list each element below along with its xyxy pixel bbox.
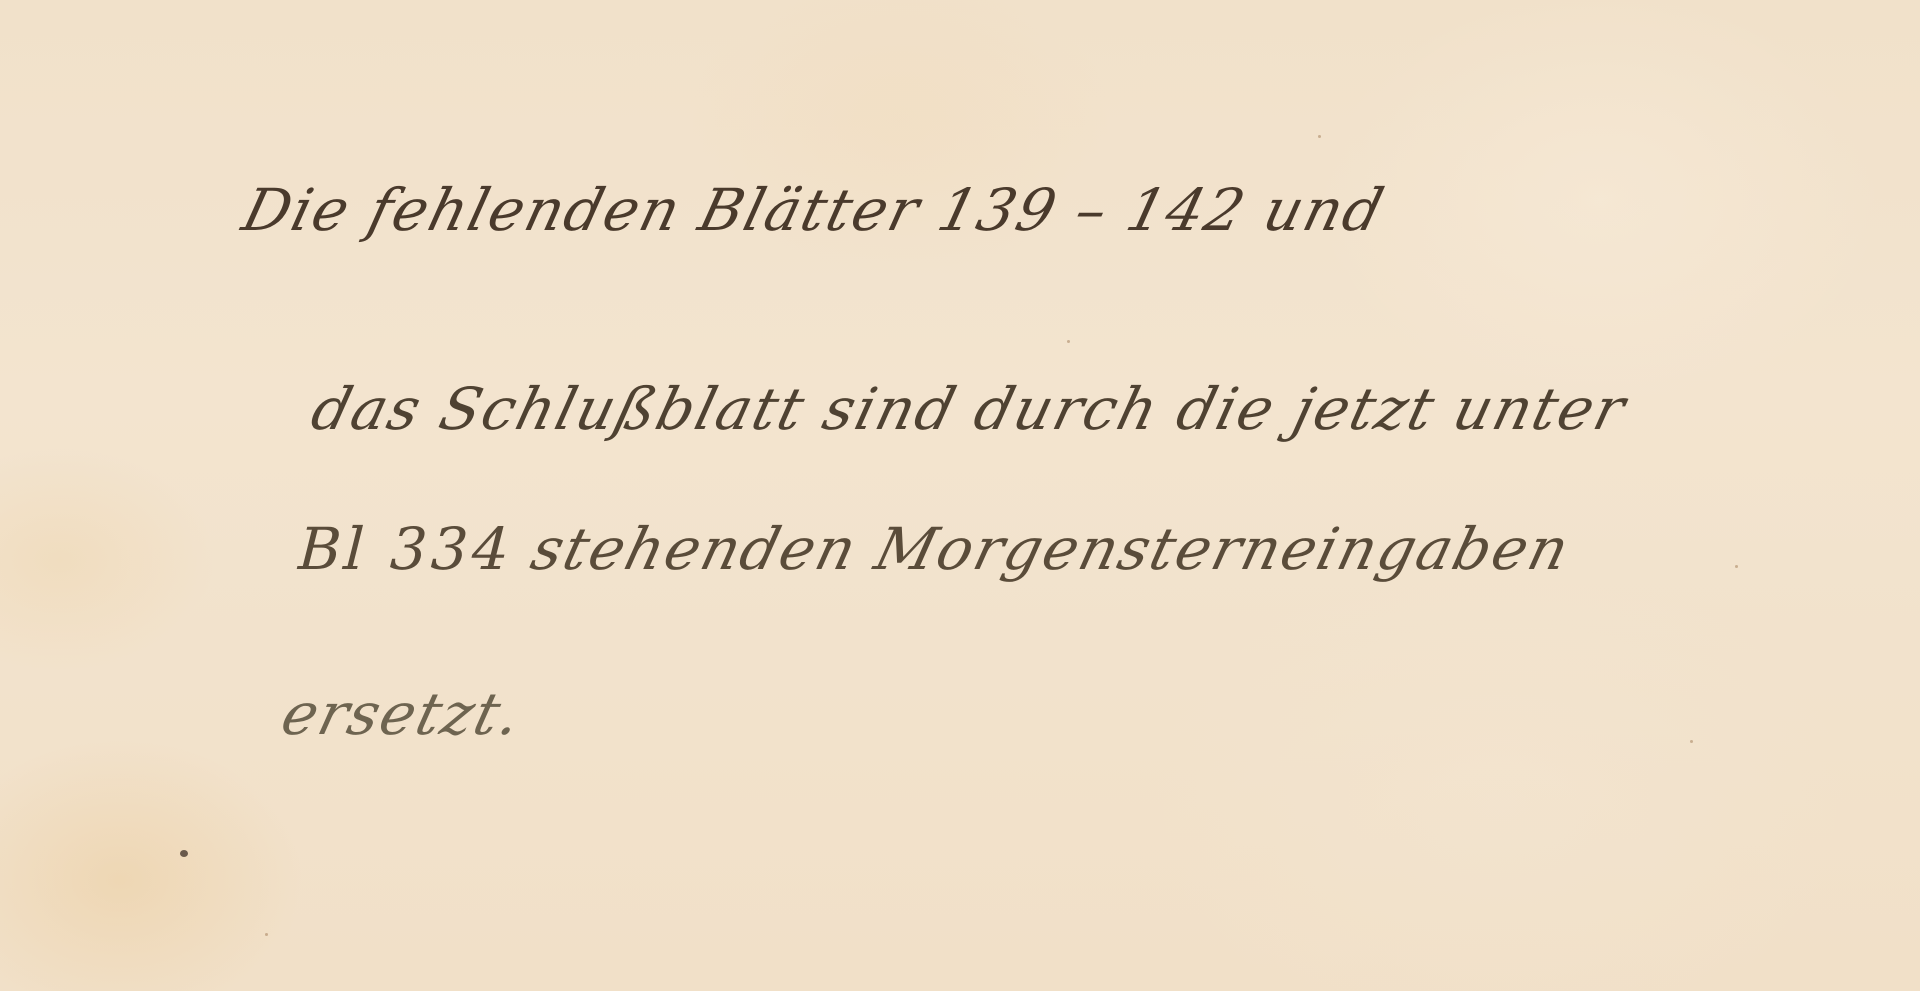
paper-speck: [1690, 740, 1693, 743]
paper-sheet: Die fehlenden Blätter 139 – 142 und das …: [0, 0, 1920, 991]
paper-speck: [265, 933, 268, 936]
note-line-4: ersetzt.: [275, 680, 530, 748]
paper-speck: [1318, 135, 1321, 138]
note-line-2: das Schlußblatt sind durch die jetzt unt…: [305, 375, 1634, 443]
paper-speck: [1067, 340, 1070, 343]
ink-dot-mark: [180, 850, 188, 857]
paper-speck: [1735, 565, 1738, 568]
note-line-1: Die fehlenden Blätter 139 – 142 und: [236, 176, 1392, 244]
folio-reference: Bl 334: [290, 515, 521, 583]
note-line-3: Bl 334 stehenden Morgensterneingaben: [290, 515, 1577, 583]
note-line-3-text: stehenden Morgensterneingaben: [525, 515, 1578, 583]
